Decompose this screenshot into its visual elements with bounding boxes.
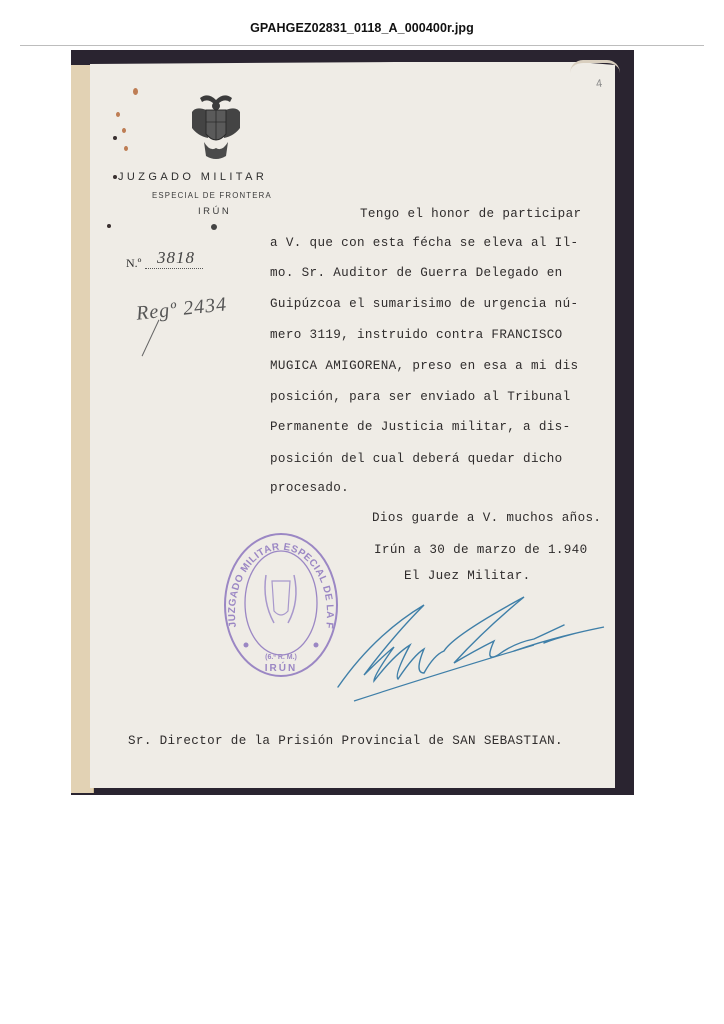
- file-title: GPAHGEZ02831_0118_A_000400r.jpg: [0, 21, 724, 35]
- body-line: a V. que con esta fécha se eleva al Il-: [270, 236, 578, 250]
- rust-stain: [116, 112, 120, 117]
- punch-hole: [113, 136, 117, 140]
- body-line: Guipúzcoa el sumarisimo de urgencia nú-: [270, 297, 578, 311]
- punch-hole: [113, 175, 117, 179]
- signer-title: El Juez Militar.: [404, 569, 531, 583]
- svg-text:IRÚN: IRÚN: [265, 661, 297, 674]
- reference-number-value: 3818: [157, 248, 195, 268]
- body-line: Permanente de Justicia militar, a dis-: [270, 420, 570, 434]
- reference-number-label: N.º: [126, 256, 141, 271]
- rust-stain: [122, 128, 126, 133]
- body-line: mo. Sr. Auditor de Guerra Delegado en: [270, 266, 563, 280]
- official-stamp-icon: JUZGADO MILITAR ESPECIAL DE LA FRONTERA …: [222, 531, 340, 679]
- body-line: posición del cual deberá quedar dicho: [270, 452, 563, 466]
- letterhead-bullet: [211, 224, 217, 230]
- title-divider: [20, 45, 704, 46]
- letterhead-court-type: ESPECIAL DE FRONTERA: [152, 191, 272, 200]
- body-line: posición, para ser enviado al Tribunal: [270, 390, 570, 404]
- svg-text:(6.ª R. M.): (6.ª R. M.): [265, 654, 297, 661]
- coat-of-arms-eagle-icon: [188, 92, 244, 164]
- letterhead-city: IRÚN: [198, 206, 231, 217]
- signature-scribble: [334, 585, 614, 705]
- rust-stain: [124, 146, 128, 151]
- body-line: Tengo el honor de participar: [360, 207, 581, 221]
- addressee-line: Sr. Director de la Prisión Provincial de…: [128, 734, 563, 748]
- body-line: mero 3119, instruido contra FRANCISCO: [270, 328, 563, 342]
- body-line: procesado.: [270, 481, 349, 495]
- letterhead-court-name: JUZGADO MILITAR: [118, 171, 267, 183]
- page-fold-edge: [570, 60, 620, 73]
- punch-hole: [107, 224, 111, 228]
- body-line: MUGICA AMIGORENA, preso en esa a mi dis: [270, 359, 578, 373]
- closing-salutation: Dios guarde a V. muchos años.: [372, 511, 601, 525]
- reference-dotted-line: [145, 268, 203, 269]
- closing-place-date: Irún a 30 de marzo de 1.940: [374, 543, 588, 557]
- rust-stain: [133, 88, 138, 95]
